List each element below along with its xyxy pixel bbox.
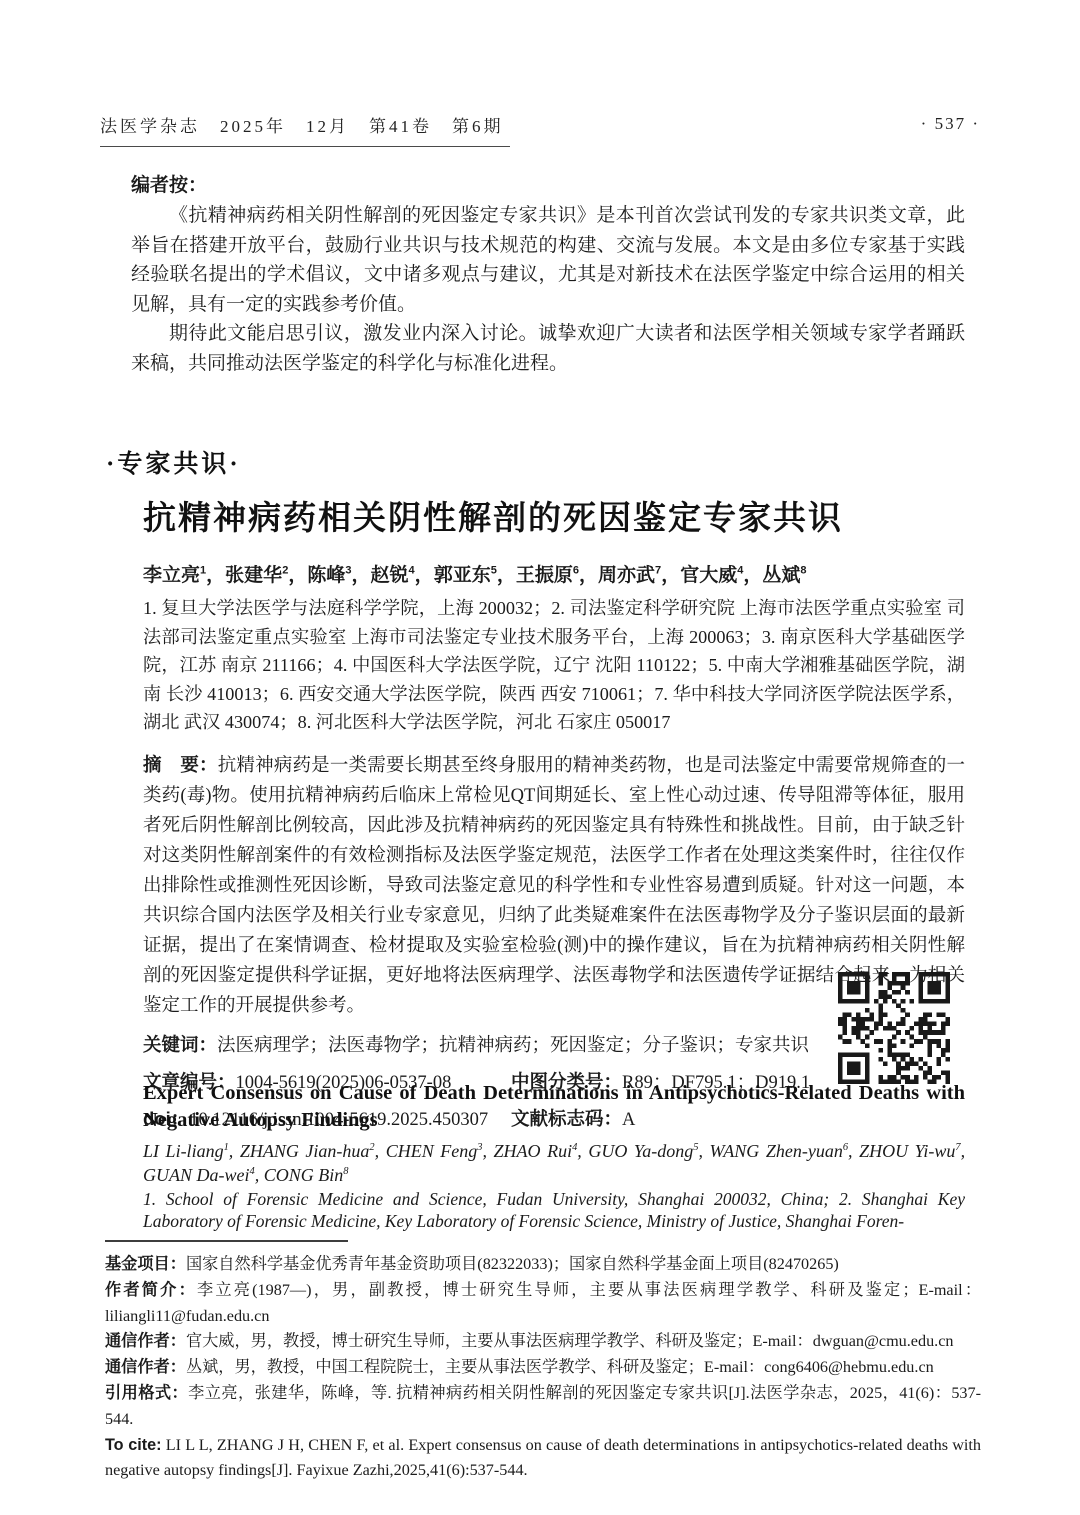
keywords-text: 法医病理学；法医毒物学；抗精神病药；死因鉴定；分子鉴识；专家共识 [217, 1036, 809, 1056]
english-title: Expert Consensus on Cause of Death Deter… [143, 1080, 965, 1133]
author-affiliation-superscript: 3 [477, 1142, 482, 1153]
author-name: CHEN Feng3 [386, 1141, 483, 1161]
author-name: GUAN Da-wei4 [143, 1165, 255, 1185]
footnote-line: 引用格式：李立亮，张建华，陈峰，等. 抗精神病药相关阴性解剖的死因鉴定专家共识[… [105, 1381, 981, 1433]
journal-header-info: 法医学杂志 2025年 12月 第41卷 第6期 [100, 112, 510, 147]
footnote-text: LI L L, ZHANG J H, CHEN F, et al. Expert… [105, 1436, 981, 1480]
editor-note-paragraph-1: 《抗精神病药相关阴性解剖的死因鉴定专家共识》是本刊首次尝试刊发的专家共识类文章，… [131, 201, 965, 319]
article-title: 抗精神病药相关阴性解剖的死因鉴定专家共识 [143, 492, 843, 539]
page-number: · 537 · [921, 112, 980, 134]
author-affiliation-superscript: 6 [573, 565, 579, 577]
footnote-text: 李立亮，张建华，陈峰，等. 抗精神病药相关阴性解剖的死因鉴定专家共识[J].法医… [105, 1384, 981, 1428]
footnote-label: 作者简介： [105, 1281, 197, 1299]
author-name: CONG Bin8 [264, 1165, 349, 1185]
author-affiliation-superscript: 4 [737, 565, 743, 577]
footnote-line: 作者简介：李立亮(1987—)，男，副教授，博士研究生导师，主要从事法医病理学教… [105, 1278, 981, 1330]
english-authors-line: LI Li-liang1, ZHANG Jian-hua2, CHEN Feng… [143, 1140, 965, 1187]
editor-note-paragraph-2: 期待此文能启思引议，激发业内深入讨论。诚挚欢迎广大读者和法医学相关领域专家学者踊… [131, 319, 965, 378]
footnote-label: 通信作者： [105, 1332, 186, 1350]
author-affiliation-superscript: 8 [800, 565, 806, 577]
qr-code [838, 972, 950, 1084]
footnote-text: 丛斌，男，教授，中国工程院院士，主要从事法医学教学、科研及鉴定；E-mail：c… [186, 1358, 934, 1376]
author-affiliation-superscript: 5 [491, 565, 497, 577]
author-affiliation-superscript: 1 [224, 1142, 229, 1153]
author-affiliation-superscript: 5 [693, 1142, 698, 1153]
affiliations: 1. 复旦大学法医学与法庭科学学院，上海 200032；2. 司法鉴定科学研究院… [143, 594, 965, 737]
english-block: Expert Consensus on Cause of Death Deter… [143, 1080, 965, 1232]
author-name: 官大威4 [680, 565, 743, 586]
author-affiliation-superscript: 6 [843, 1142, 848, 1153]
keywords-label: 关键词： [143, 1034, 217, 1055]
footnote-text: 官大威，男，教授，博士研究生导师，主要从事法医病理学教学、科研及鉴定；E-mai… [186, 1332, 954, 1350]
column-marker: ·专家共识· [106, 444, 241, 480]
author-name: 赵锐4 [371, 565, 415, 586]
footnote-label: 基金项目： [105, 1255, 186, 1273]
author-name: LI Li-liang1 [143, 1141, 229, 1161]
author-name: WANG Zhen-yuan6 [710, 1141, 849, 1161]
english-affiliations: 1. School of Forensic Medicine and Scien… [143, 1189, 965, 1232]
author-name: 王振原6 [516, 565, 579, 586]
footnotes: 基金项目：国家自然科学基金优秀青年基金资助项目(82322033)；国家自然科学… [105, 1252, 981, 1484]
footnote-label: 引用格式： [105, 1384, 188, 1402]
footnote-line: 通信作者：官大威，男，教授，博士研究生导师，主要从事法医病理学教学、科研及鉴定；… [105, 1329, 981, 1355]
author-name: 丛斌8 [762, 565, 806, 586]
page-header: 法医学杂志 2025年 12月 第41卷 第6期 · 537 · [100, 112, 980, 147]
author-name: 陈峰3 [307, 565, 351, 586]
author-affiliation-superscript: 4 [409, 565, 415, 577]
journal-page: 法医学杂志 2025年 12月 第41卷 第6期 · 537 · 编者按： 《抗… [0, 0, 1080, 1515]
author-name: ZHOU Yi-wu7 [859, 1141, 960, 1161]
author-name: ZHANG Jian-hua2 [240, 1141, 375, 1161]
author-affiliation-superscript: 7 [955, 1142, 960, 1153]
footnote-separator [105, 1240, 348, 1242]
author-affiliation-superscript: 1 [200, 565, 206, 577]
author-name: GUO Ya-dong5 [588, 1141, 698, 1161]
footnote-label: 通信作者： [105, 1358, 186, 1376]
author-name: 郭亚东5 [434, 565, 497, 586]
footnote-line: 通信作者：丛斌，男，教授，中国工程院院士，主要从事法医学教学、科研及鉴定；E-m… [105, 1355, 981, 1381]
author-affiliation-superscript: 2 [369, 1142, 374, 1153]
editor-note: 编者按： 《抗精神病药相关阴性解剖的死因鉴定专家共识》是本刊首次尝试刊发的专家共… [131, 170, 965, 378]
editor-note-label: 编者按： [131, 170, 965, 201]
author-affiliation-superscript: 7 [655, 565, 661, 577]
footnote-text: 国家自然科学基金优秀青年基金资助项目(82322033)；国家自然科学基金面上项… [186, 1255, 839, 1273]
author-name: 张建华2 [225, 565, 288, 586]
author-affiliation-superscript: 4 [572, 1142, 577, 1153]
author-affiliation-superscript: 4 [250, 1166, 255, 1177]
author-name: 李立亮1 [143, 565, 206, 586]
abstract-label: 摘 要： [143, 754, 218, 775]
author-affiliation-superscript: 8 [343, 1166, 348, 1177]
author-affiliation-superscript: 3 [345, 565, 351, 577]
authors-line: 李立亮1，张建华2，陈峰3，赵锐4，郭亚东5，王振原6，周亦武7，官大威4，丛斌… [143, 560, 965, 587]
footnote-line: To cite: LI L L, ZHANG J H, CHEN F, et a… [105, 1433, 981, 1485]
author-name: ZHAO Rui4 [494, 1141, 578, 1161]
footnote-line: 基金项目：国家自然科学基金优秀青年基金资助项目(82322033)；国家自然科学… [105, 1252, 981, 1278]
author-affiliation-superscript: 2 [282, 565, 288, 577]
author-name: 周亦武7 [598, 565, 661, 586]
footnote-label: To cite: [105, 1436, 162, 1454]
footnote-text: 李立亮(1987—)，男，副教授，博士研究生导师，主要从事法医病理学教学、科研及… [105, 1281, 981, 1325]
